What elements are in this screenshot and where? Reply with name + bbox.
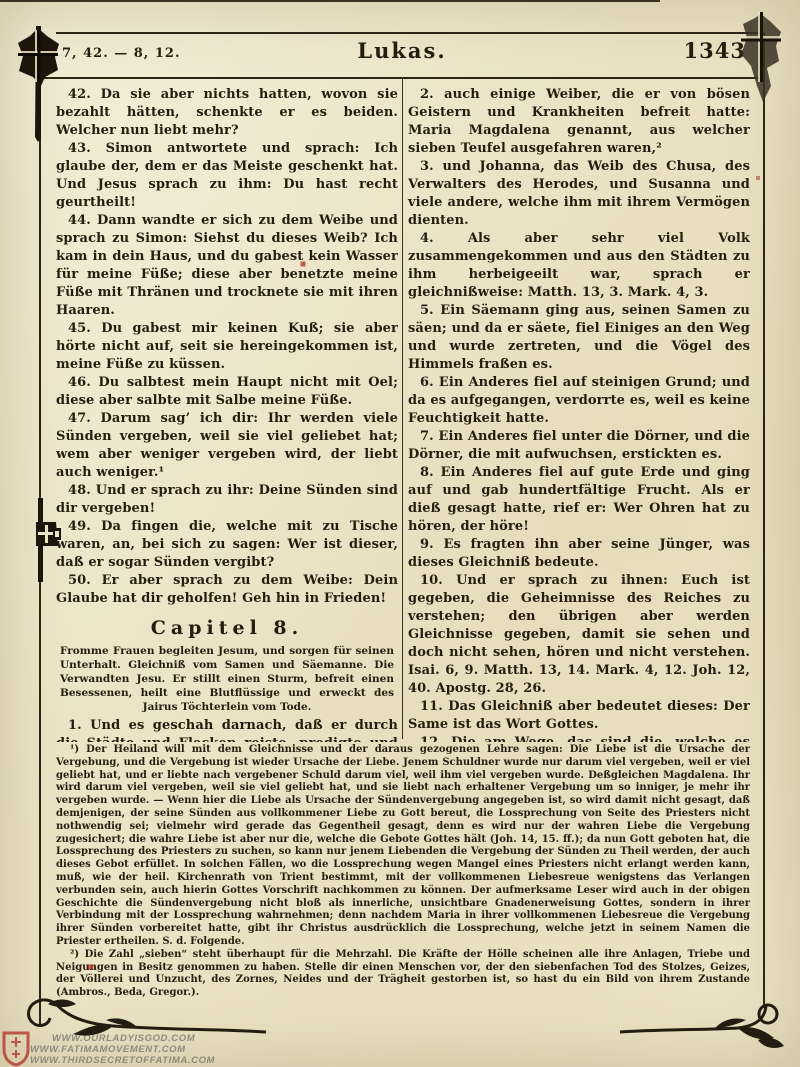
corner-cross-top-right-icon [731,6,787,126]
bottom-left-scroll-icon [18,996,268,1052]
verse-paragraph: 8. Ein Anderes fiel auf gute Erde und gi… [408,464,750,536]
right-border-line [763,33,765,1008]
corner-cross-top-left-icon [12,24,64,142]
verse-paragraph: 46. Du salbtest mein Haupt nicht mit Oel… [56,374,398,410]
text-columns: 42. Da sie aber nichts hatten, wovon sie… [56,86,750,742]
paper-specks [0,0,2,2]
verse-paragraph: 4. Als aber sehr viel Volk zusammengekom… [408,230,750,302]
scanned-bible-page: 7, 42. — 8, 12. Lukas. 1343 42. Da sie a… [0,0,800,1067]
left-column: 42. Da sie aber nichts hatten, wovon sie… [56,86,398,742]
chapter8-verses-start: 1. Und es geschah darnach, daß er durch … [56,717,398,742]
verse-paragraph: 11. Das Gleichniß aber bedeutet dieses: … [408,698,750,734]
verse-paragraph: 6. Ein Anderes fiel auf steinigen Grund;… [408,374,750,428]
footnotes-section: ¹) Der Heiland will mit dem Gleichnisse … [56,744,750,1000]
verse-paragraph: 44. Dann wandte er sich zu dem Weibe und… [56,212,398,320]
verse-paragraph: 12. Die am Wege, das sind die, welche es… [408,734,750,742]
chapter8-verses: 2. auch einige Weiber, die er von bösen … [408,86,750,742]
footnote-paragraph: ¹) Der Heiland will mit dem Gleichnisse … [56,744,750,949]
verse-paragraph: 5. Ein Säemann ging aus, seinen Samen zu… [408,302,750,374]
top-border-rule [56,32,764,34]
verse-paragraph: 42. Da sie aber nichts hatten, wovon sie… [56,86,398,140]
footnote-paragraph: ²) Die Zahl „sieben“ steht überhaupt für… [56,949,750,1000]
chapter-heading: Capitel 8. [56,617,398,639]
verse-paragraph: 48. Und er sprach zu ihr: Deine Sünden s… [56,482,398,518]
right-column: 2. auch einige Weiber, die er von bösen … [408,86,750,742]
verse-paragraph: 1. Und es geschah darnach, daß er durch … [56,717,398,742]
chapter-summary: Fromme Frauen begleiten Jesum, und sorge… [60,644,394,714]
bottom-right-scroll-icon [618,998,788,1058]
verse-paragraph: 49. Da fingen die, welche mit zu Tische … [56,518,398,572]
watermark-line: WWW.THIRDSECRETOFFATIMA.COM [30,1056,215,1067]
page-header: 7, 42. — 8, 12. Lukas. 1343 [40,36,764,74]
book-title: Lukas. [40,38,764,63]
chapter7-verses: 42. Da sie aber nichts hatten, wovon sie… [56,86,398,608]
verse-paragraph: 10. Und er sprach zu ihnen: Euch ist geg… [408,572,750,698]
verse-paragraph: 9. Es fragten ihn aber seine Jünger, was… [408,536,750,572]
verse-paragraph: 43. Simon antwortete und sprach: Ich gla… [56,140,398,212]
verse-paragraph: 3. und Johanna, das Weib des Chusa, des … [408,158,750,230]
verse-paragraph: 2. auch einige Weiber, die er von bösen … [408,86,750,158]
verse-paragraph: 47. Darum sag’ ich dir: Ihr werden viele… [56,410,398,482]
verse-paragraph: 45. Du gabest mir keinen Kuß; sie aber h… [56,320,398,374]
left-border-cross-icon [28,498,64,582]
verse-paragraph: 50. Er aber sprach zu dem Weibe: Dein Gl… [56,572,398,608]
bottom-border-rule [0,0,660,2]
verse-paragraph: 7. Ein Anderes fiel unter die Dörner, un… [408,428,750,464]
